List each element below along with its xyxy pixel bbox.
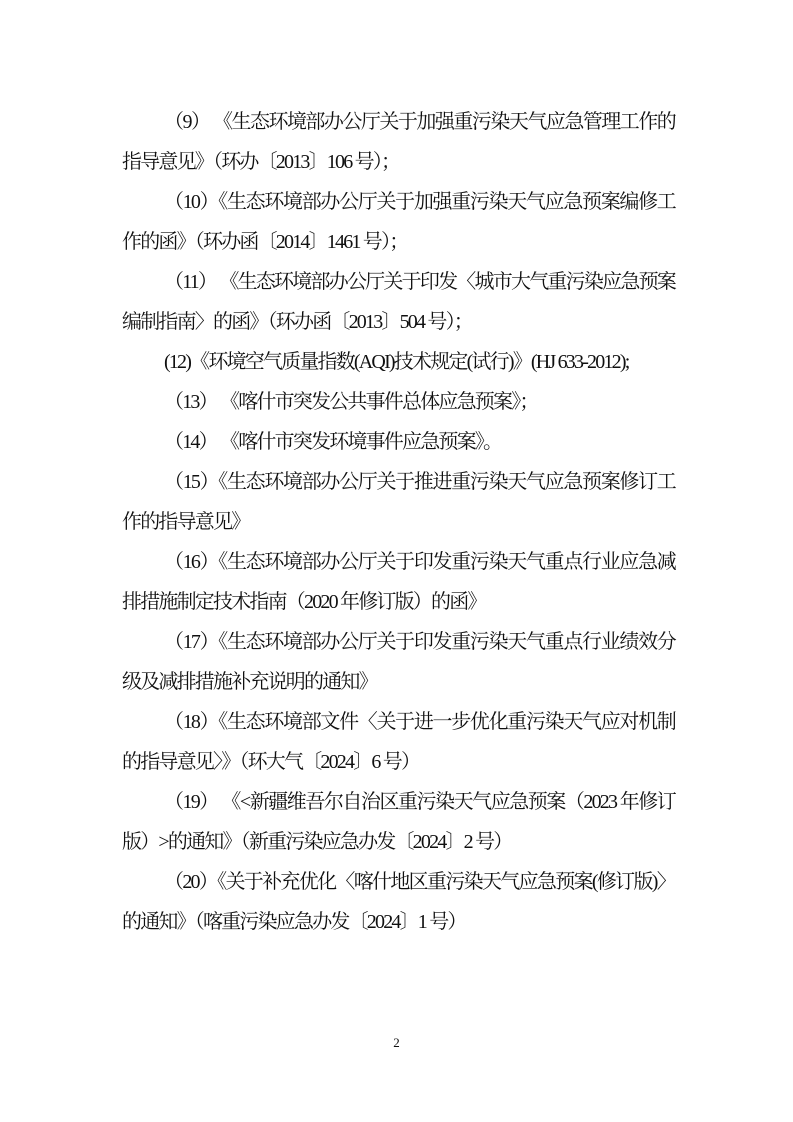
document-line: 指导意见》（环办〔2013〕106 号）； (122, 142, 675, 182)
document-line: 版）>的通知》（新重污染应急办发〔2024〕2 号） (122, 822, 675, 862)
document-line: （15）《生态环境部办公厅关于推进重污染天气应急预案修订工 (122, 462, 675, 502)
document-line: 级及减排措施补充说明的通知》 (122, 662, 675, 702)
document-line: 编制指南〉的函》（环办函〔2013〕504 号）； (122, 302, 675, 342)
document-line: (12)《环境空气质量指数(AQI)技术规定(试行)》(HJ 633-2012)… (122, 342, 675, 382)
document-line: 作的函》（环办函〔2014〕1461 号）； (122, 222, 675, 262)
document-line: （19） 《<新疆维吾尔自治区重污染天气应急预案（2023 年修订 (122, 782, 675, 822)
document-line: （13） 《喀什市突发公共事件总体应急预案》； (122, 382, 675, 422)
document-line: （16）《生态环境部办公厅关于印发重污染天气重点行业应急减 (122, 542, 675, 582)
document-line: 排措施制定技术指南（2020 年修订版）的函》 (122, 582, 675, 622)
document-line: （11） 《生态环境部办公厅关于印发〈城市大气重污染应急预案 (122, 262, 675, 302)
document-line: （20）《关于补充优化〈喀什地区重污染天气应急预案(修订版)〉 (122, 862, 675, 902)
document-line: （14） 《喀什市突发环境事件应急预案》。 (122, 422, 675, 462)
document-line: （9） 《生态环境部办公厅关于加强重污染天气应急管理工作的 (122, 102, 675, 142)
document-line: 的指导意见〉》（环大气〔2024〕6 号） (122, 742, 675, 782)
page-footer: 2 (0, 1034, 793, 1052)
page-number: 2 (393, 1035, 400, 1050)
document-line: （10）《生态环境部办公厅关于加强重污染天气应急预案编修工 (122, 182, 675, 222)
document-page: （9） 《生态环境部办公厅关于加强重污染天气应急管理工作的指导意见》（环办〔20… (0, 0, 793, 1122)
document-line: （18）《生态环境部文件〈关于进一步优化重污染天气应对机制 (122, 702, 675, 742)
document-line: 的通知》（喀重污染应急办发〔2024〕1 号） (122, 902, 675, 942)
document-line: （17）《生态环境部办公厅关于印发重污染天气重点行业绩效分 (122, 622, 675, 662)
document-line: 作的指导意见》 (122, 502, 675, 542)
reference-list: （9） 《生态环境部办公厅关于加强重污染天气应急管理工作的指导意见》（环办〔20… (122, 102, 675, 942)
